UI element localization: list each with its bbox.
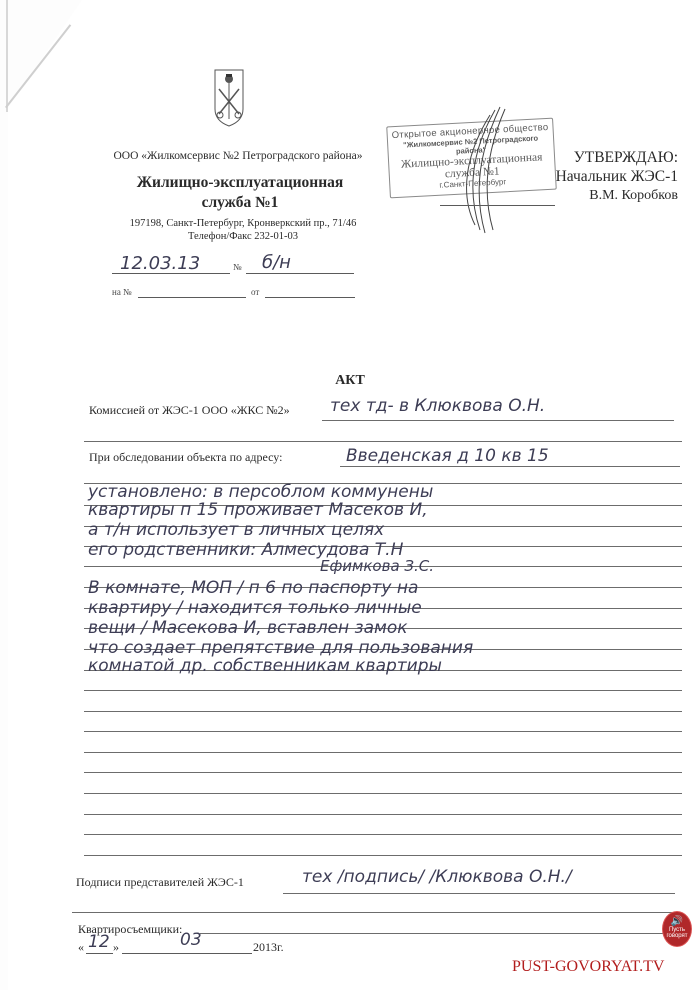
- body-line: квартиру / находится только личные: [88, 598, 422, 618]
- rule: [84, 752, 682, 753]
- organization-name: ООО «Жилкомсервис №2 Петроградского райо…: [108, 150, 368, 162]
- watermark-logo-text: Пусть говорят: [663, 927, 691, 939]
- inspection-underline: [340, 466, 680, 467]
- service-title-line2: служба №1: [100, 193, 380, 213]
- outgoing-date: 12.03.13: [120, 253, 200, 274]
- signatures-underline: [283, 893, 675, 894]
- rule: [84, 772, 682, 773]
- number-label: №: [233, 262, 242, 272]
- representatives-signatures-value: тех /подпись/ /Клюквова О.Н./: [302, 867, 572, 887]
- body-line: что создает препятствие для пользования: [88, 638, 473, 658]
- outgoing-number: б/н: [262, 252, 291, 273]
- rule: [84, 814, 682, 815]
- watermark-logo: 🔊 Пусть говорят: [663, 912, 691, 946]
- commission-label: Комиссией от ЖЭС-1 ООО «ЖКС №2»: [89, 403, 290, 418]
- approval-signature-line: [440, 205, 555, 206]
- rule: [84, 690, 682, 691]
- body-line: установлено: в персоблом коммунены: [88, 482, 433, 502]
- inspection-label: При обследовании объекта по адресу:: [89, 450, 282, 465]
- body-line: а т/н использует в личных целях: [88, 520, 384, 540]
- body-line: вещи / Масекова И, вставлен замок: [88, 618, 408, 638]
- act-title: АКТ: [0, 373, 700, 389]
- rule: [84, 793, 682, 794]
- tenants-underline: [200, 933, 676, 934]
- number-underline: [246, 273, 354, 274]
- saint-petersburg-coat-of-arms-icon: [214, 69, 244, 127]
- date-month-underline: [122, 953, 252, 954]
- date-open-quote: «: [78, 940, 84, 955]
- speaker-icon: 🔊: [663, 917, 691, 927]
- address-line: 197198, Санкт-Петербург, Кронверкский пр…: [118, 217, 368, 230]
- rule: [84, 711, 682, 712]
- ref-from-underline: [265, 297, 355, 298]
- approval-name: В.М. Коробков: [556, 186, 678, 205]
- ref-from-label: от: [251, 287, 259, 297]
- approval-heading: УТВЕРЖДАЮ:: [556, 148, 678, 167]
- body-line: В комнате, МОП / п 6 по паспорту на: [88, 578, 418, 598]
- body-line: комнатой др. собственникам квартиры: [88, 656, 442, 676]
- rule: [84, 834, 682, 835]
- approval-block: УТВЕРЖДАЮ: Начальник ЖЭС-1 В.М. Коробков: [556, 148, 678, 205]
- service-title-line1: Жилищно-эксплуатационная: [100, 173, 380, 193]
- signatures-underline-2: [72, 912, 676, 913]
- representatives-signatures-label: Подписи представителей ЖЭС-1: [76, 875, 244, 890]
- commission-underline-2: [84, 441, 682, 442]
- body-line: Ефимкова З.С.: [320, 557, 434, 575]
- rule: [84, 855, 682, 856]
- service-title: Жилищно-эксплуатационная служба №1: [100, 173, 380, 213]
- commission-underline: [322, 420, 674, 421]
- commission-value: тех тд- в Клюквова О.Н.: [330, 396, 545, 416]
- date-month: 03: [180, 930, 202, 950]
- approval-signature: [445, 105, 515, 235]
- organization-address: 197198, Санкт-Петербург, Кронверкский пр…: [118, 217, 368, 243]
- body-line: квартиры п 15 проживает Масеков И,: [88, 500, 428, 520]
- ref-number-underline: [138, 297, 246, 298]
- rule: [84, 731, 682, 732]
- watermark-text: PUST-GOVORYAT.TV: [512, 958, 664, 976]
- date-year: 2013г.: [253, 940, 284, 955]
- ref-number-label: на №: [112, 287, 132, 297]
- date-underline: [112, 273, 230, 274]
- date-day-underline: [86, 953, 113, 954]
- date-day: 12: [88, 932, 110, 952]
- phone-line: Телефон/Факс 232-01-03: [118, 230, 368, 243]
- approval-position: Начальник ЖЭС-1: [556, 167, 678, 186]
- date-close-quote: »: [113, 940, 119, 955]
- inspection-address: Введенская д 10 кв 15: [346, 446, 549, 466]
